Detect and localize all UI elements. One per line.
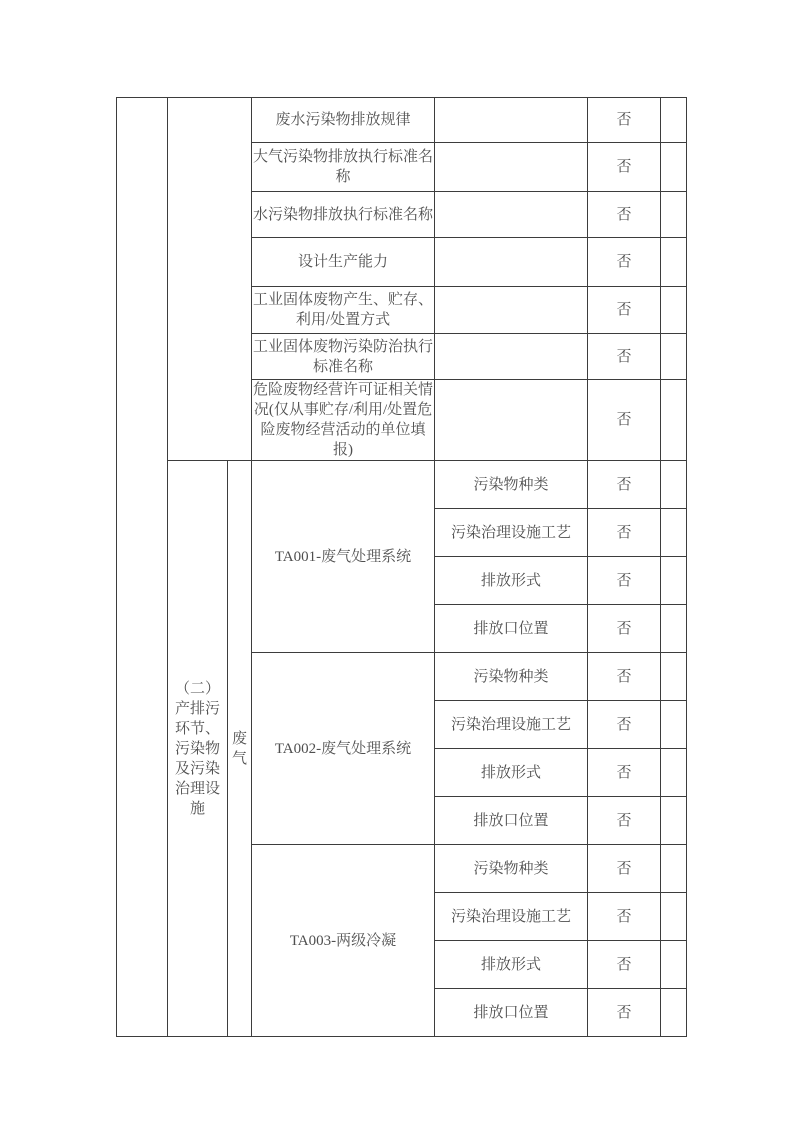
changed-flag-cell: 否 (588, 98, 661, 143)
left-margin-cell (117, 98, 168, 1037)
sub-label-cell: 排放口位置 (435, 989, 588, 1037)
sub-label-cell: 污染治理设施工艺 (435, 509, 588, 557)
changed-flag-cell: 否 (588, 797, 661, 845)
section-two-header-cell: （二）产排污环节、污染物及污染治理设施 (168, 461, 228, 1037)
facility-group-cell: TA003-两级冷凝 (252, 845, 435, 1037)
sub-label-cell: 排放口位置 (435, 605, 588, 653)
end-cell (661, 653, 687, 701)
changed-flag-cell: 否 (588, 941, 661, 989)
sub-label-cell: 污染物种类 (435, 461, 588, 509)
end-cell (661, 941, 687, 989)
changed-flag-cell: 否 (588, 701, 661, 749)
changed-flag-cell: 否 (588, 461, 661, 509)
row-label-cell: 水污染物排放执行标准名称 (252, 192, 435, 238)
value-cell (435, 143, 588, 192)
facility-group-cell: TA002-废气处理系统 (252, 653, 435, 845)
table-row: （二）产排污环节、污染物及污染治理设施 废气 TA001-废气处理系统 污染物种… (117, 461, 687, 509)
value-cell (435, 98, 588, 143)
end-cell (661, 701, 687, 749)
waste-gas-category-cell: 废气 (228, 461, 252, 1037)
end-cell (661, 380, 687, 461)
end-cell (661, 334, 687, 380)
end-cell (661, 192, 687, 238)
permit-change-table: 废水污染物排放规律 否 大气污染物排放执行标准名称 否 水污染物排放执行标准名称… (116, 97, 687, 1037)
end-cell (661, 238, 687, 287)
end-cell (661, 143, 687, 192)
end-cell (661, 557, 687, 605)
end-cell (661, 797, 687, 845)
changed-flag-cell: 否 (588, 287, 661, 334)
end-cell (661, 605, 687, 653)
row-label-cell: 危险废物经营许可证相关情况(仅从事贮存/利用/处置危险废物经营活动的单位填报) (252, 380, 435, 461)
table-row: 废水污染物排放规律 否 (117, 98, 687, 143)
end-cell (661, 287, 687, 334)
row-label-cell: 工业固体废物产生、贮存、利用/处置方式 (252, 287, 435, 334)
sub-label-cell: 排放口位置 (435, 797, 588, 845)
end-cell (661, 845, 687, 893)
end-cell (661, 509, 687, 557)
sub-label-cell: 排放形式 (435, 941, 588, 989)
value-cell (435, 334, 588, 380)
row-label-cell: 设计生产能力 (252, 238, 435, 287)
changed-flag-cell: 否 (588, 605, 661, 653)
value-cell (435, 287, 588, 334)
sub-label-cell: 污染物种类 (435, 845, 588, 893)
end-cell (661, 98, 687, 143)
sub-label-cell: 污染治理设施工艺 (435, 893, 588, 941)
changed-flag-cell: 否 (588, 334, 661, 380)
changed-flag-cell: 否 (588, 989, 661, 1037)
end-cell (661, 989, 687, 1037)
changed-flag-cell: 否 (588, 380, 661, 461)
row-label-cell: 废水污染物排放规律 (252, 98, 435, 143)
changed-flag-cell: 否 (588, 749, 661, 797)
value-cell (435, 238, 588, 287)
table-sheet: 废水污染物排放规律 否 大气污染物排放执行标准名称 否 水污染物排放执行标准名称… (116, 97, 687, 1037)
value-cell (435, 192, 588, 238)
row-label-cell: 大气污染物排放执行标准名称 (252, 143, 435, 192)
changed-flag-cell: 否 (588, 192, 661, 238)
document-page: { "page": { "background": "#ffffff" }, "… (0, 0, 800, 1131)
section-one-spacer-cell (168, 98, 252, 461)
sub-label-cell: 污染治理设施工艺 (435, 701, 588, 749)
value-cell (435, 380, 588, 461)
sub-label-cell: 污染物种类 (435, 653, 588, 701)
changed-flag-cell: 否 (588, 893, 661, 941)
changed-flag-cell: 否 (588, 238, 661, 287)
sub-label-cell: 排放形式 (435, 557, 588, 605)
changed-flag-cell: 否 (588, 653, 661, 701)
end-cell (661, 461, 687, 509)
end-cell (661, 893, 687, 941)
end-cell (661, 749, 687, 797)
facility-group-cell: TA001-废气处理系统 (252, 461, 435, 653)
changed-flag-cell: 否 (588, 509, 661, 557)
changed-flag-cell: 否 (588, 845, 661, 893)
changed-flag-cell: 否 (588, 143, 661, 192)
changed-flag-cell: 否 (588, 557, 661, 605)
sub-label-cell: 排放形式 (435, 749, 588, 797)
row-label-cell: 工业固体废物污染防治执行标准名称 (252, 334, 435, 380)
